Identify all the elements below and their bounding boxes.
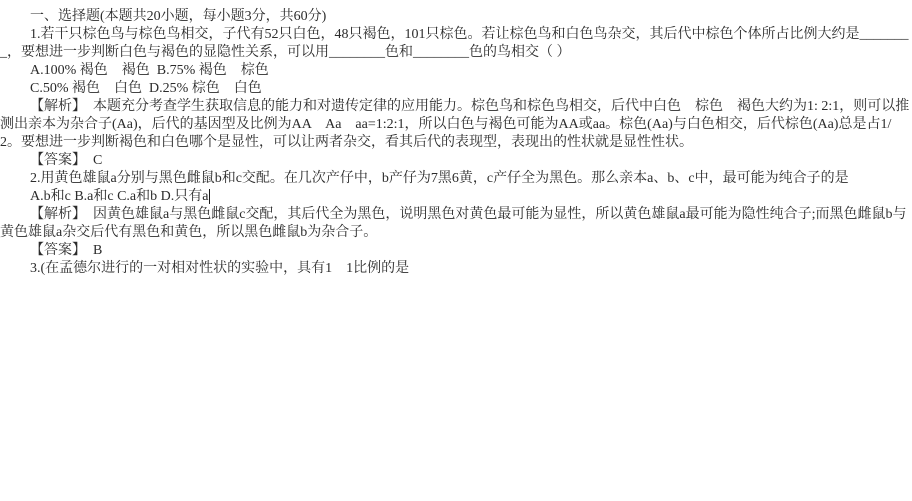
exam-document-page: 一、选择题(本题共20小题，每小题3分，共60分) 1.若干只棕色鸟与棕色鸟相交… [0,0,912,501]
question-2-stem[interactable]: 2.用黄色雄鼠a分别与黑色雌鼠b和c交配。在几次产仔中，b产仔为7黑6黄，c产仔… [0,170,912,188]
question-2-options-text[interactable]: A.b和c B.a和c C.a和b D.只有a [30,189,208,204]
question-2-answer[interactable]: 【答案】 B [0,242,912,260]
question-1-stem[interactable]: 1.若干只棕色鸟与棕色鸟相交，子代有52只白色，48只褐色，101只棕色。若让棕… [0,26,912,62]
text-cursor-caret [209,189,210,204]
question-1-options-cd[interactable]: C.50% 褐色 白色 D.25% 棕色 白色 [0,80,912,98]
question-2-options[interactable]: A.b和c B.a和c C.a和b D.只有a [0,188,912,206]
question-1-analysis[interactable]: 【解析】 本题充分考查学生获取信息的能力和对遗传定律的应用能力。棕色鸟和棕色鸟相… [0,98,912,152]
section-title: 一、选择题(本题共20小题，每小题3分，共60分) [0,8,912,26]
question-1-answer[interactable]: 【答案】 C [0,152,912,170]
question-1-options-ab[interactable]: A.100% 褐色 褐色 B.75% 褐色 棕色 [0,62,912,80]
question-2-analysis[interactable]: 【解析】 因黄色雄鼠a与黑色雌鼠c交配，其后代全为黑色，说明黑色对黄色最可能为显… [0,206,912,242]
question-3-stem[interactable]: 3.(在孟德尔进行的一对相对性状的实验中，具有1 1比例的是 [0,260,912,278]
